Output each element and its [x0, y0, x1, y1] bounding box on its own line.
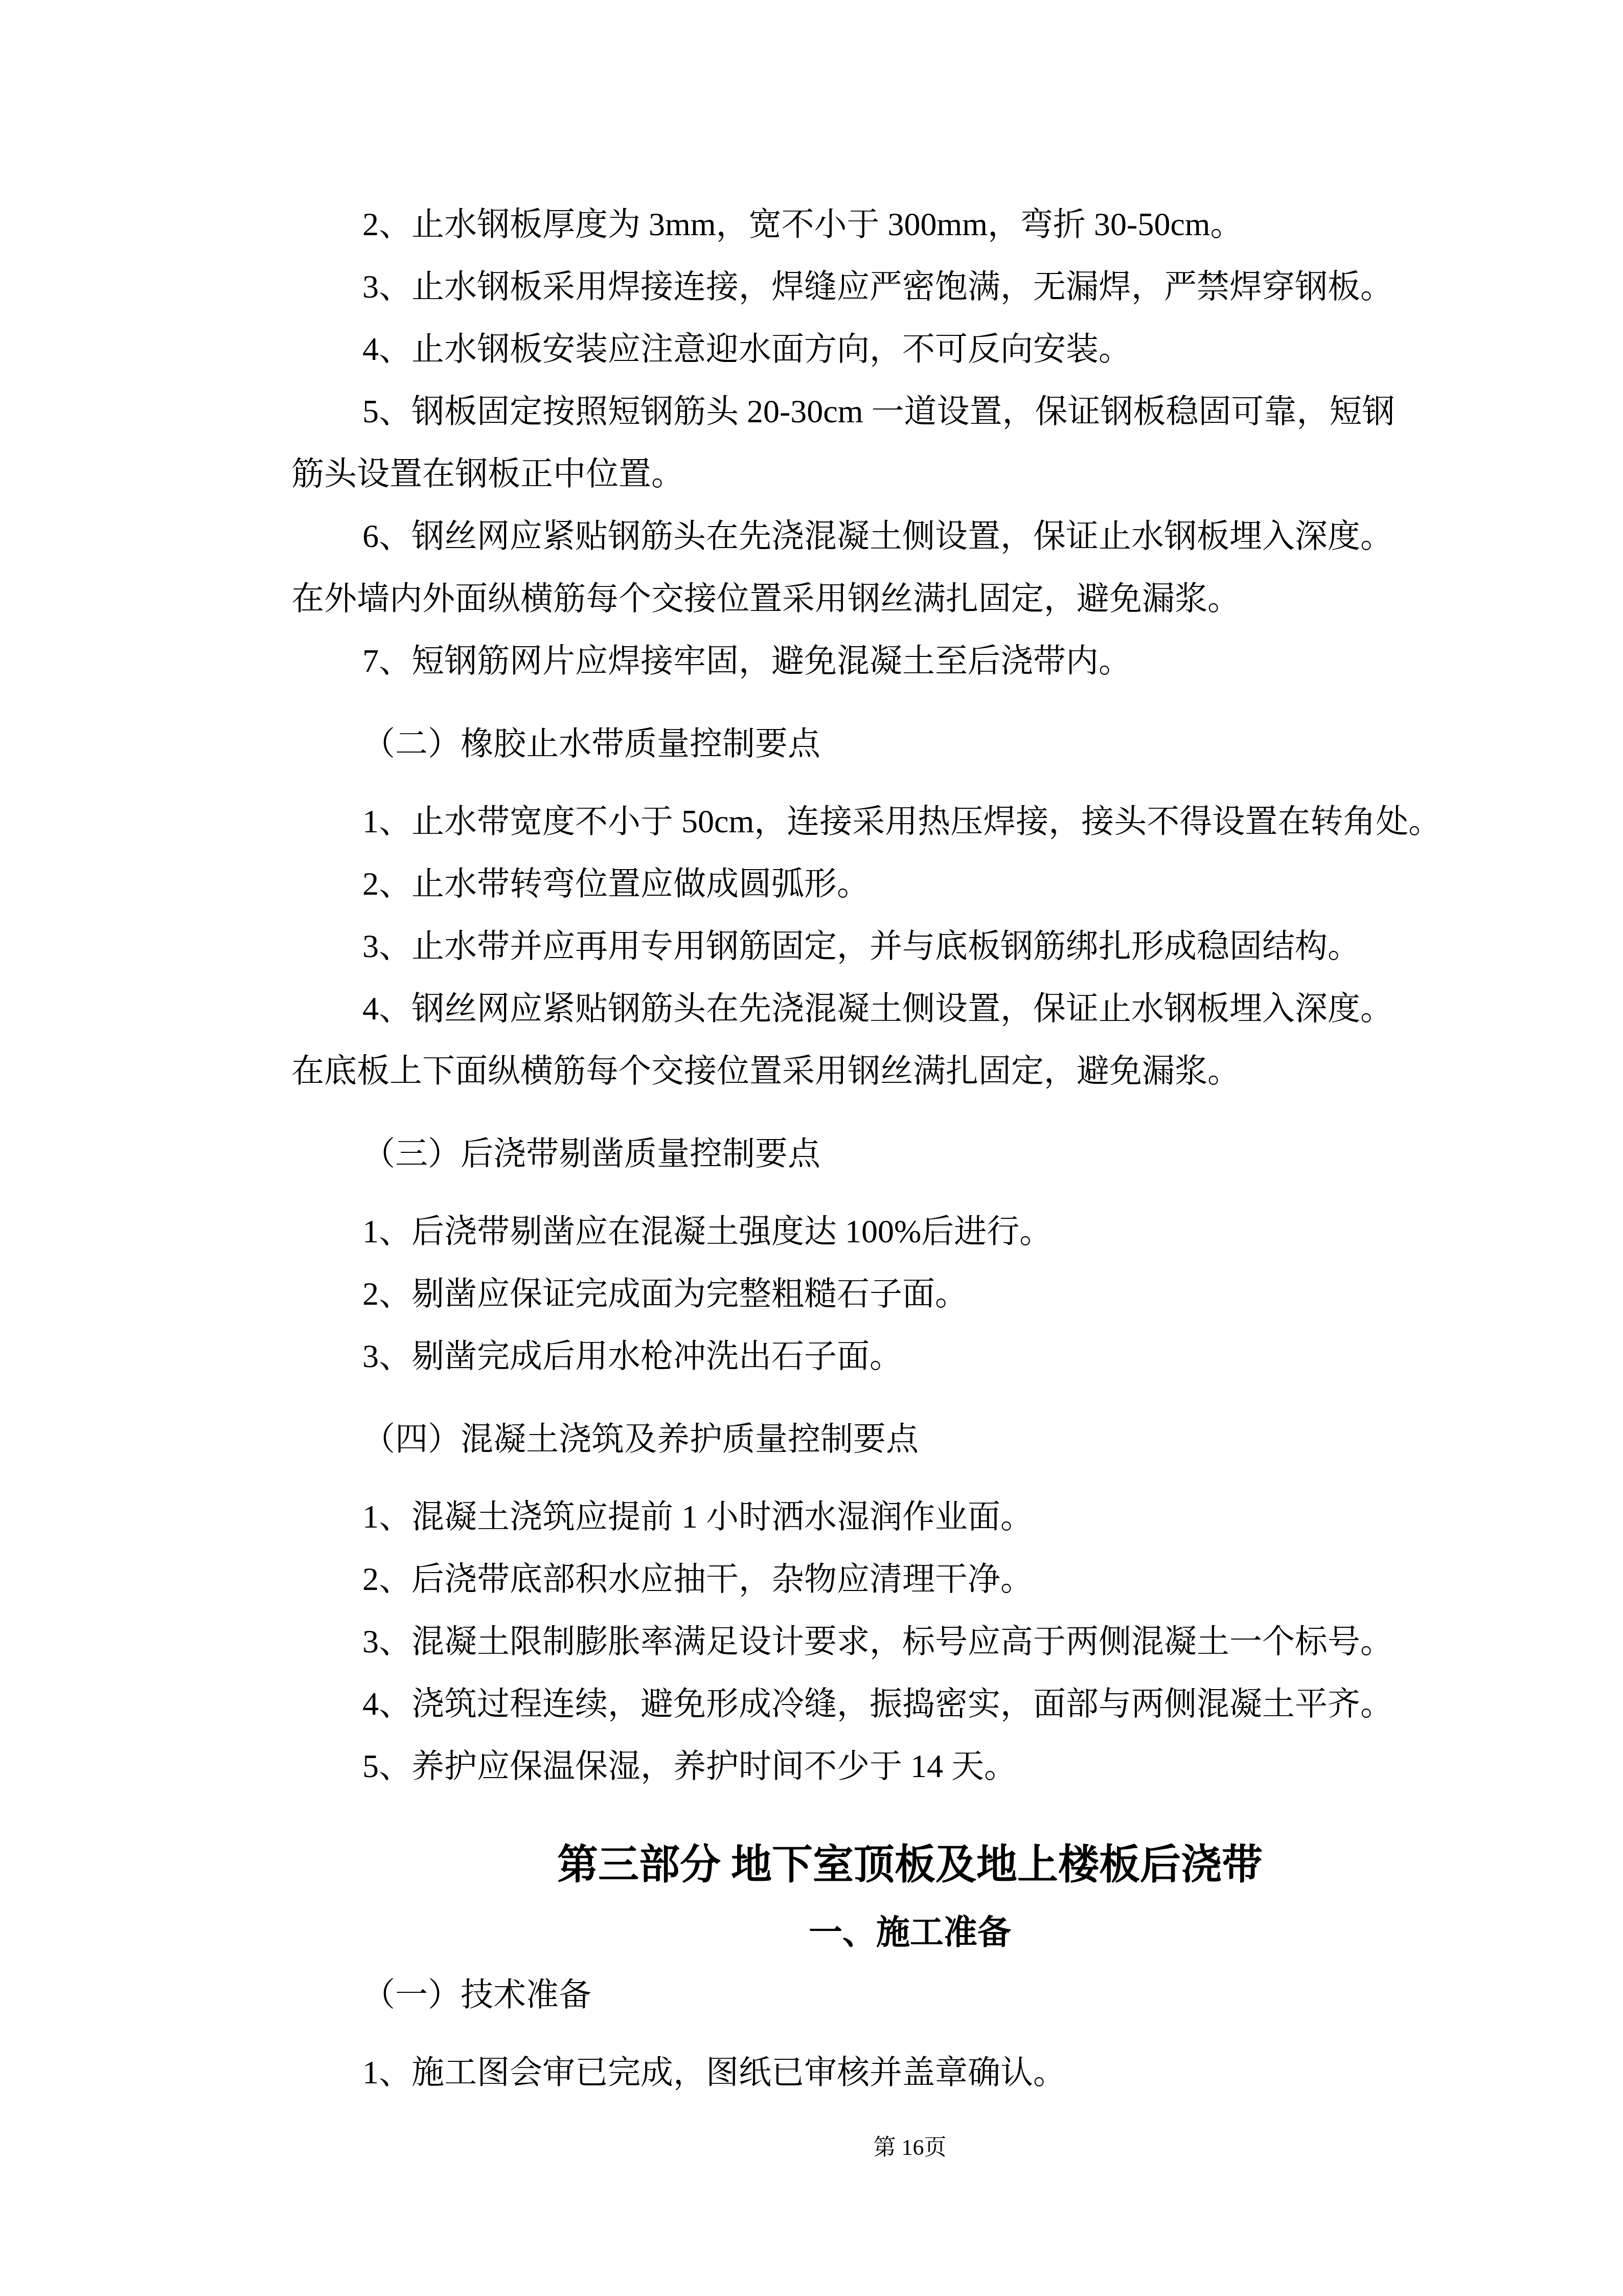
paragraph-line: 3、混凝土限制膨胀率满足设计要求，标号应高于两侧混凝土一个标号。: [291, 1622, 1528, 1661]
clause-heading: （四）混凝土浇筑及养护质量控制要点: [291, 1419, 1528, 1459]
paragraph-line: 2、后浇带底部积水应抽干，杂物应清理干净。: [291, 1559, 1528, 1599]
paragraph-line: 1、止水带宽度不小于 50cm，连接采用热压焊接，接头不得设置在转角处。: [291, 802, 1528, 841]
section-title: 一、施工准备: [291, 1911, 1528, 1954]
paragraph-line: 3、止水钢板采用焊接连接，焊缝应严密饱满，无漏焊，严禁焊穿钢板。: [291, 267, 1528, 306]
paragraph-line: 1、后浇带剔凿应在混凝土强度达 100%后进行。: [291, 1212, 1528, 1251]
paragraph-line: 7、短钢筋网片应焊接牢固，避免混凝土至后浇带内。: [291, 641, 1528, 680]
document-page: 2、止水钢板厚度为 3mm，宽不小于 300mm，弯折 30-50cm。 3、止…: [0, 0, 1623, 2296]
paragraph-line: 2、止水钢板厚度为 3mm，宽不小于 300mm，弯折 30-50cm。: [291, 204, 1528, 244]
paragraph-line: 1、混凝土浇筑应提前 1 小时洒水湿润作业面。: [291, 1497, 1528, 1536]
paragraph-line: 5、养护应保温保湿，养护时间不少于 14 天。: [291, 1746, 1528, 1786]
paragraph-line: 1、施工图会审已完成，图纸已审核并盖章确认。: [291, 2053, 1528, 2092]
paragraph-continuation-line: 在外墙内外面纵横筋每个交接位置采用钢丝满扎固定，避免漏浆。: [291, 579, 1528, 618]
paragraph-line: 6、钢丝网应紧贴钢筋头在先浇混凝土侧设置，保证止水钢板埋入深度。: [291, 516, 1528, 556]
document-body: 2、止水钢板厚度为 3mm，宽不小于 300mm，弯折 30-50cm。 3、止…: [291, 204, 1528, 2115]
paragraph-line: 5、钢板固定按照短钢筋头 20-30cm 一道设置，保证钢板稳固可靠，短钢: [291, 392, 1528, 431]
paragraph-line: 3、剔凿完成后用水枪冲洗出石子面。: [291, 1336, 1528, 1376]
clause-heading: （二）橡胶止水带质量控制要点: [291, 724, 1528, 763]
paragraph-line: 2、止水带转弯位置应做成圆弧形。: [291, 864, 1528, 903]
page-footer: 第 16页: [291, 2133, 1528, 2162]
paragraph-line: 2、剔凿应保证完成面为完整粗糙石子面。: [291, 1274, 1528, 1313]
page-number: 第 16页: [874, 2135, 947, 2160]
paragraph-line: 4、浇筑过程连续，避免形成冷缝，振捣密实，面部与两侧混凝土平齐。: [291, 1684, 1528, 1723]
part-title: 第三部分 地下室顶板及地上楼板后浇带: [291, 1839, 1528, 1891]
paragraph-line: 3、止水带并应再用专用钢筋固定，并与底板钢筋绑扎形成稳固结构。: [291, 926, 1528, 966]
paragraph-continuation-line: 在底板上下面纵横筋每个交接位置采用钢丝满扎固定，避免漏浆。: [291, 1051, 1528, 1090]
clause-heading: （三）后浇带剔凿质量控制要点: [291, 1134, 1528, 1173]
paragraph-line: 4、钢丝网应紧贴钢筋头在先浇混凝土侧设置，保证止水钢板埋入深度。: [291, 989, 1528, 1028]
clause-heading: （一）技术准备: [291, 1975, 1528, 2014]
paragraph-continuation-line: 筋头设置在钢板正中位置。: [291, 454, 1528, 493]
paragraph-line: 4、止水钢板安装应注意迎水面方向，不可反向安装。: [291, 329, 1528, 369]
